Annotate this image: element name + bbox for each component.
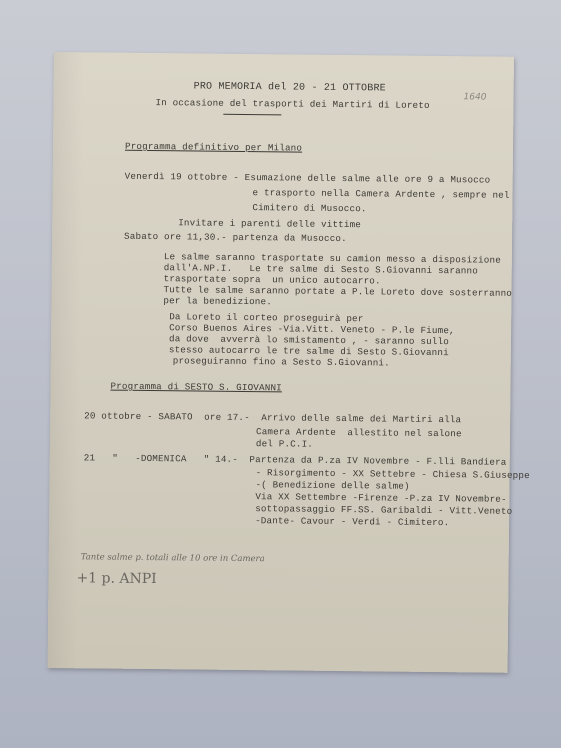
sesto-line: del P.C.I. bbox=[256, 438, 313, 450]
sesto-line: 20 ottobre - SABATO ore 17.- Arrivo dell… bbox=[84, 410, 461, 425]
sesto-line: 21 " -DOMENICA " 14.- Partenza da P.za I… bbox=[84, 452, 507, 467]
sesto-line: -Dante- Cavour - Verdi - Cimitero. bbox=[255, 515, 449, 528]
milano-line: Cimitero di Musocco. bbox=[252, 202, 366, 214]
milano-line: proseguiranno fino a Sesto S.Giovanni. bbox=[173, 355, 390, 368]
document-subtitle: In occasione del trasporti dei Martiri d… bbox=[155, 97, 429, 111]
milano-line: per la benedizione. bbox=[163, 295, 272, 307]
archive-number: 1640 bbox=[463, 92, 486, 102]
sesto-line: Camera Ardente allestito nel salone bbox=[256, 426, 462, 439]
document-page: 1640 PRO MEMORIA del 20 - 21 OTTOBRE In … bbox=[48, 52, 514, 673]
handwritten-note: Tante salme p. totali alle 10 ore in Cam… bbox=[81, 552, 265, 564]
milano-line: Venerdì 19 ottobre - Esumazione delle sa… bbox=[125, 171, 491, 186]
handwritten-note: +1 p. ANPI bbox=[76, 570, 156, 587]
sesto-heading: Programma di SESTO S. GIOVANNI bbox=[110, 381, 282, 394]
milano-line: Invitare i parenti delle vittime bbox=[178, 217, 361, 230]
document-title: PRO MEMORIA del 20 - 21 OTTOBRE bbox=[194, 81, 386, 94]
milano-heading: Programma definitivo per Milano bbox=[125, 141, 302, 154]
milano-line: Sabato ore 11,30.- partenza da Musocco. bbox=[124, 231, 347, 244]
title-divider bbox=[223, 114, 281, 116]
sesto-line: -( Benedizione delle salme) bbox=[255, 479, 409, 492]
milano-line: e trasporto nella Camera Ardente , sempr… bbox=[252, 187, 509, 201]
